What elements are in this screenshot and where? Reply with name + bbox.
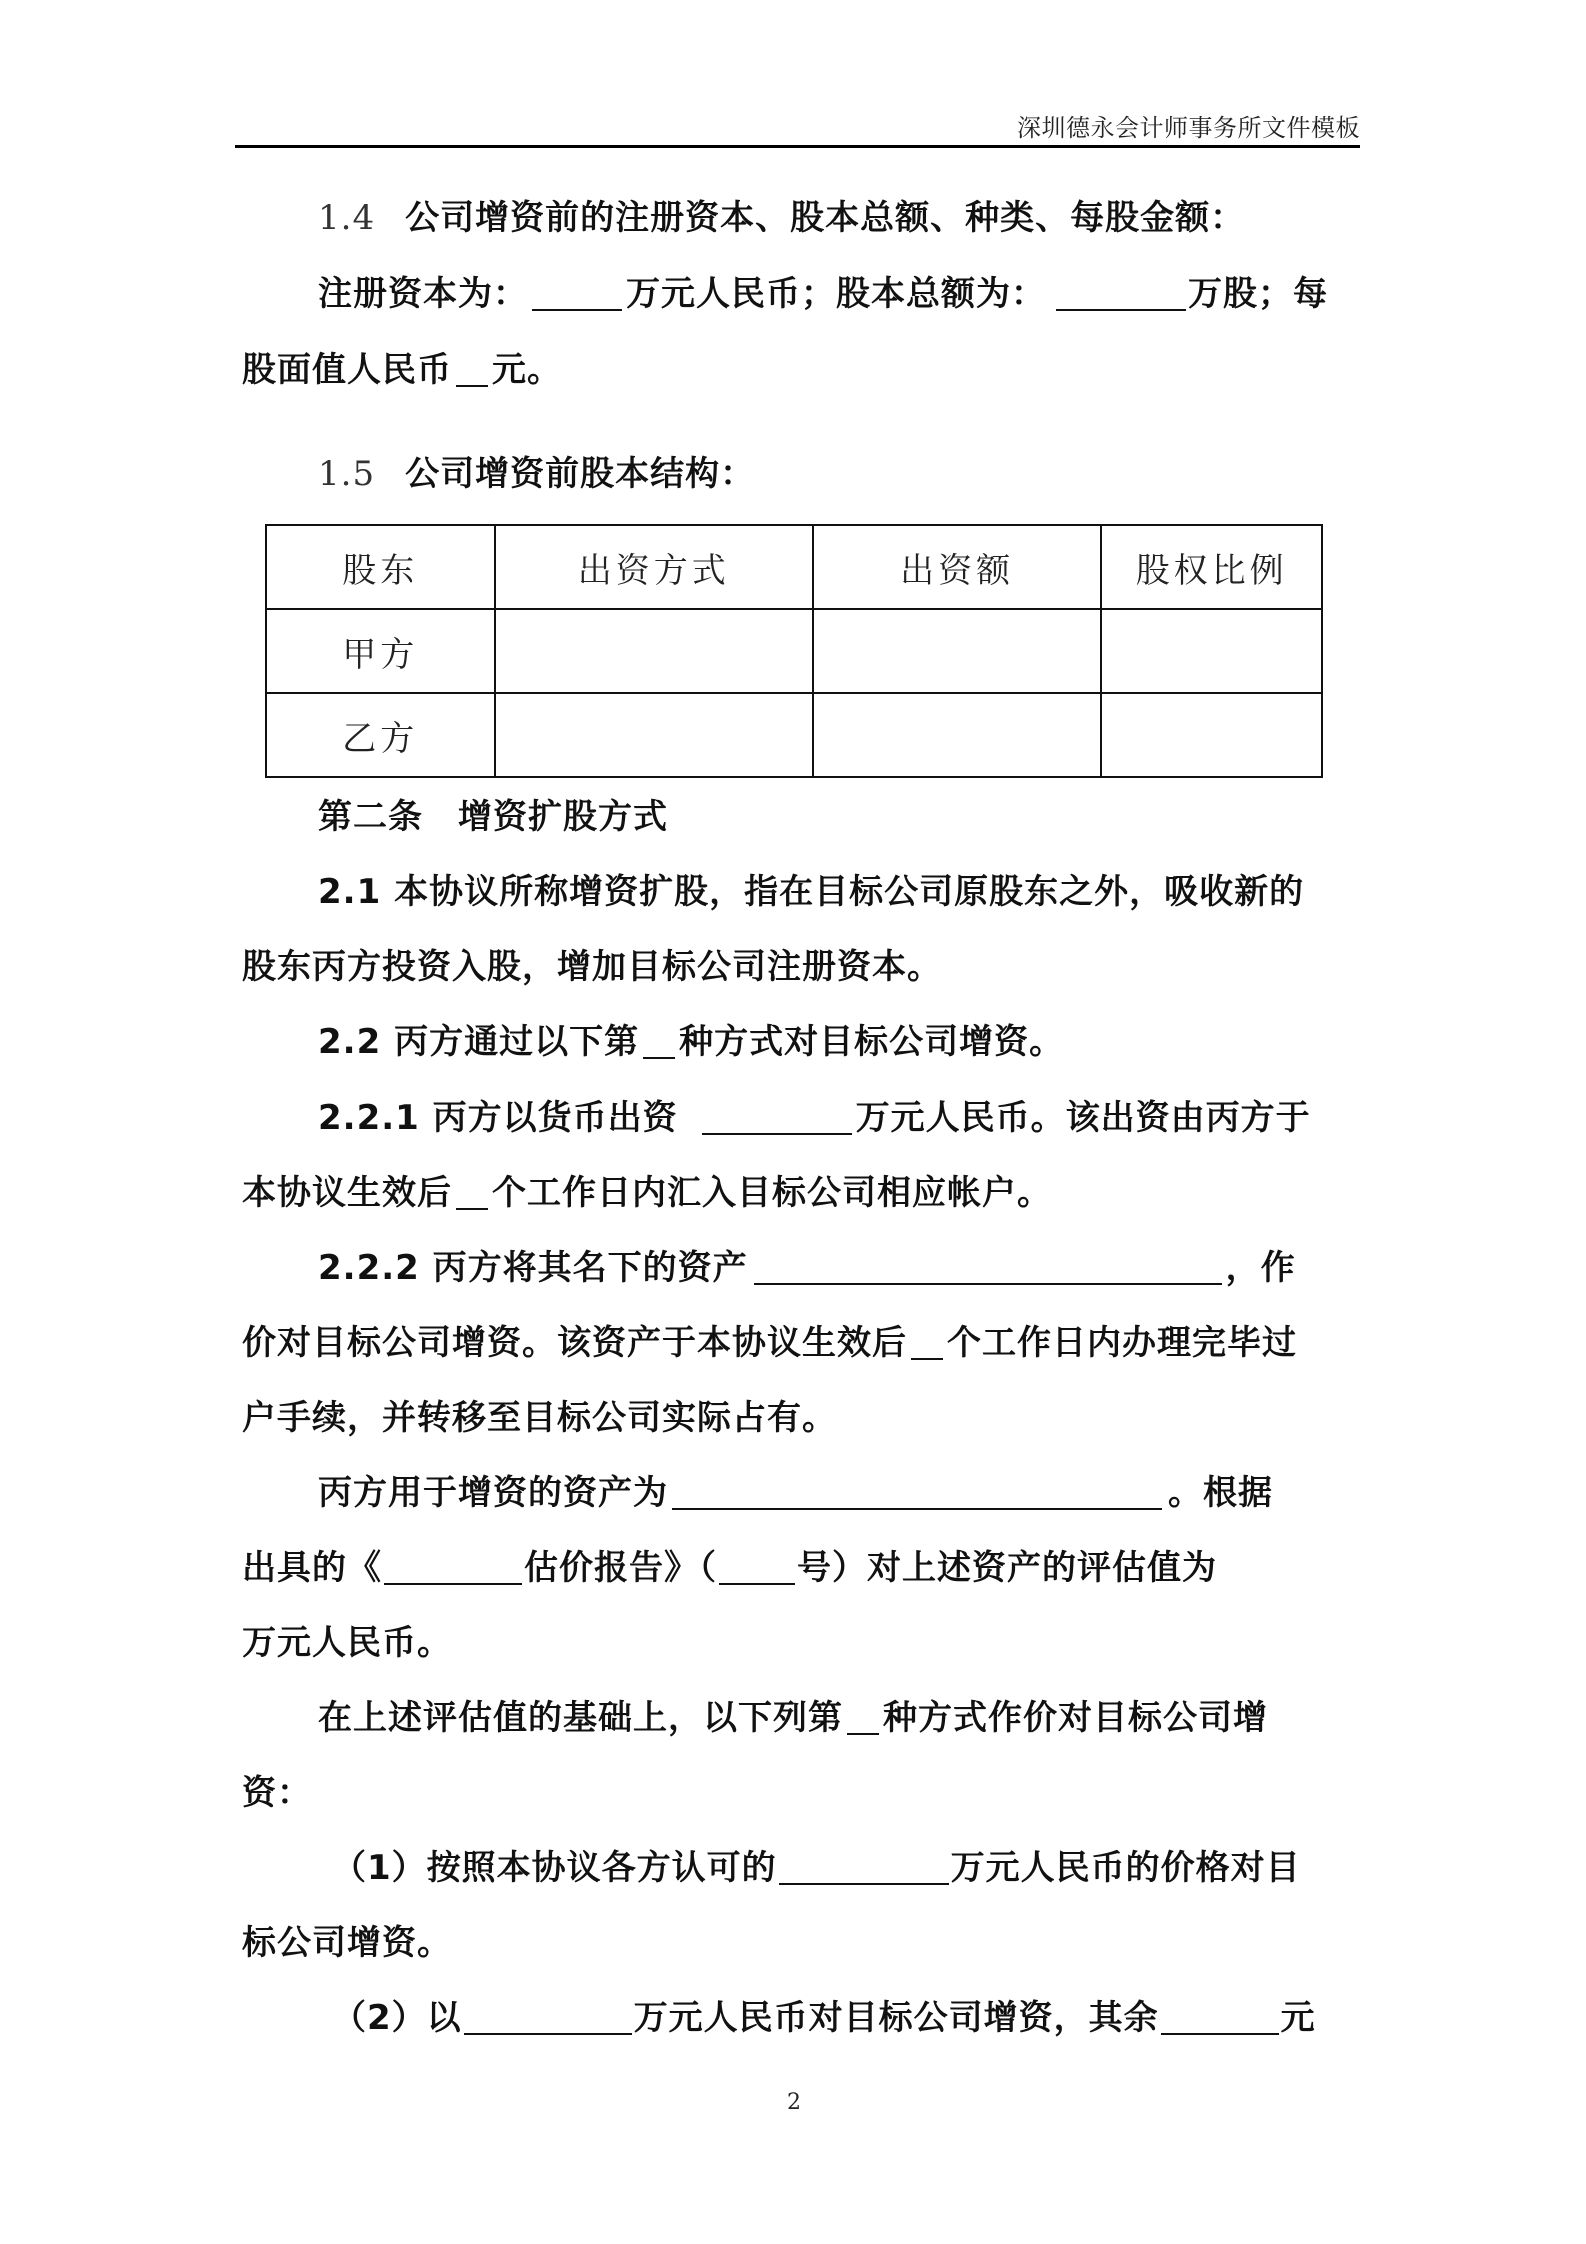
label: 丙方用于增资的资产为 [318, 1473, 668, 1513]
cell-shareholder: 乙方 [266, 693, 495, 777]
label: 价对目标公司增资。该资产于本协议生效后 [242, 1323, 907, 1363]
transfer-workdays-blank[interactable] [911, 1322, 943, 1360]
cell-contribution-method[interactable] [495, 609, 813, 693]
heading-text: 公司增资前股本结构： [405, 454, 755, 494]
col-header-contribution-amount: 出资额 [813, 525, 1101, 609]
section-1-5-heading: 1.5公司增资前股本结构： [318, 452, 1436, 496]
col-header-equity-ratio: 股权比例 [1101, 525, 1322, 609]
total-shares-blank[interactable] [1056, 273, 1186, 311]
article-2-title: 第二条 增资扩股方式 [318, 795, 1436, 839]
heading-text: 公司增资前的注册资本、股本总额、种类、每股金额： [405, 198, 1245, 238]
label: 种方式作价对目标公司增 [883, 1698, 1268, 1738]
appraiser-blank[interactable] [384, 1547, 522, 1585]
registered-capital-blank[interactable] [532, 273, 622, 311]
table-header-row: 股东 出资方式 出资额 股权比例 [266, 525, 1322, 609]
asset-name-blank[interactable] [754, 1247, 1222, 1285]
option-1-line2: 标公司增资。 [242, 1921, 1360, 1965]
cash-contribution-blank[interactable] [702, 1097, 852, 1135]
basis-line1: 在上述评估值的基础上，以下列第种方式作价对目标公司增 [318, 1696, 1436, 1740]
section-number: 1.4 [318, 198, 375, 238]
para-2-2-1-line1: 2.2.1 丙方以货币出资万元人民币。该出资由丙方于 [318, 1096, 1436, 1140]
registered-capital-line: 注册资本为：万元人民币；股本总额为：万股；每 [318, 272, 1436, 316]
cell-equity-ratio[interactable] [1101, 693, 1322, 777]
report-number-blank[interactable] [719, 1547, 795, 1585]
par-value-blank[interactable] [456, 349, 488, 387]
workdays-blank[interactable] [456, 1172, 488, 1210]
basis-line2: 资： [242, 1771, 1360, 1815]
option-1-line1: （1）按照本协议各方认可的万元人民币的价格对目 [332, 1846, 1450, 1890]
label: 本协议生效后 [242, 1173, 452, 1213]
label: 。根据 [1168, 1473, 1273, 1513]
para-2-2-2-line1: 2.2.2 丙方将其名下的资产，作 [318, 1246, 1436, 1290]
asset-description-blank[interactable] [672, 1472, 1162, 1510]
method-number-blank[interactable] [643, 1021, 675, 1059]
label: 万元人民币；股本总额为： [626, 274, 1046, 314]
label: 万股；每 [1188, 274, 1328, 314]
header-title: 深圳德永会计师事务所文件模板 [1017, 108, 1360, 143]
label: 个工作日内办理完毕过 [947, 1323, 1297, 1363]
header-rule [235, 145, 1360, 148]
label: 元 [1281, 1998, 1316, 2038]
label: 万元人民币。该出资由丙方于 [856, 1098, 1311, 1138]
asset-line: 丙方用于增资的资产为。根据 [318, 1471, 1436, 1515]
col-header-contribution-method: 出资方式 [495, 525, 813, 609]
label: 元。 [492, 350, 562, 390]
report-line: 出具的《估价报告》（号）对上述资产的评估值为 [242, 1546, 1360, 1590]
cell-equity-ratio[interactable] [1101, 609, 1322, 693]
section-number: 1.5 [318, 454, 375, 494]
cell-contribution-amount[interactable] [813, 609, 1101, 693]
para-2-2: 2.2 丙方通过以下第种方式对目标公司增资。 [318, 1020, 1436, 1064]
remaining-amount-blank[interactable] [1161, 1997, 1279, 2035]
label: 2.2.2 丙方将其名下的资产 [318, 1248, 748, 1288]
cell-contribution-amount[interactable] [813, 693, 1101, 777]
label: 出具的《 [242, 1548, 382, 1588]
label: （1）按照本协议各方认可的 [332, 1848, 777, 1888]
document-page: 深圳德永会计师事务所文件模板 1.4公司增资前的注册资本、股本总额、种类、每股金… [0, 0, 1586, 2244]
label: 2.2.1 丙方以货币出资 [318, 1098, 678, 1138]
equity-structure-table: 股东 出资方式 出资额 股权比例 甲方 乙方 [265, 524, 1323, 778]
para-2-1-line2: 股东丙方投资入股，增加目标公司注册资本。 [242, 945, 1360, 989]
label: ，作 [1226, 1248, 1296, 1288]
label: 股面值人民币 [242, 350, 452, 390]
para-2-1-line1: 2.1 本协议所称增资扩股，指在目标公司原股东之外，吸收新的 [318, 870, 1436, 914]
label: 2.2 丙方通过以下第 [318, 1022, 639, 1062]
table-row: 乙方 [266, 693, 1322, 777]
par-value-line: 股面值人民币元。 [242, 348, 1360, 392]
para-2-2-2-line3: 户手续，并转移至目标公司实际占有。 [242, 1396, 1360, 1440]
label: 种方式对目标公司增资。 [679, 1022, 1064, 1062]
increase-amount-blank[interactable] [464, 1997, 632, 2035]
cell-shareholder: 甲方 [266, 609, 495, 693]
valuation-line: 万元人民币。 [242, 1621, 1360, 1665]
para-2-2-1-line2: 本协议生效后个工作日内汇入目标公司相应帐户。 [242, 1171, 1360, 1215]
option-2-line: （2）以万元人民币对目标公司增资，其余元 [332, 1996, 1450, 2040]
page-number: 2 [787, 2090, 801, 2115]
table-row: 甲方 [266, 609, 1322, 693]
agreed-price-blank[interactable] [779, 1847, 949, 1885]
valuation-method-blank[interactable] [847, 1697, 879, 1735]
cell-contribution-method[interactable] [495, 693, 813, 777]
col-header-shareholder: 股东 [266, 525, 495, 609]
label: 万元人民币的价格对目 [951, 1848, 1301, 1888]
label: （2）以 [332, 1998, 462, 2038]
label: 号）对上述资产的评估值为 [797, 1548, 1217, 1588]
label: 万元人民币对目标公司增资，其余 [634, 1998, 1159, 2038]
label: 在上述评估值的基础上，以下列第 [318, 1698, 843, 1738]
label: 个工作日内汇入目标公司相应帐户。 [492, 1173, 1052, 1213]
label: 估价报告》（ [524, 1548, 717, 1588]
section-1-4-heading: 1.4公司增资前的注册资本、股本总额、种类、每股金额： [318, 196, 1436, 240]
label: 注册资本为： [318, 274, 528, 314]
para-2-2-2-line2: 价对目标公司增资。该资产于本协议生效后个工作日内办理完毕过 [242, 1321, 1360, 1365]
